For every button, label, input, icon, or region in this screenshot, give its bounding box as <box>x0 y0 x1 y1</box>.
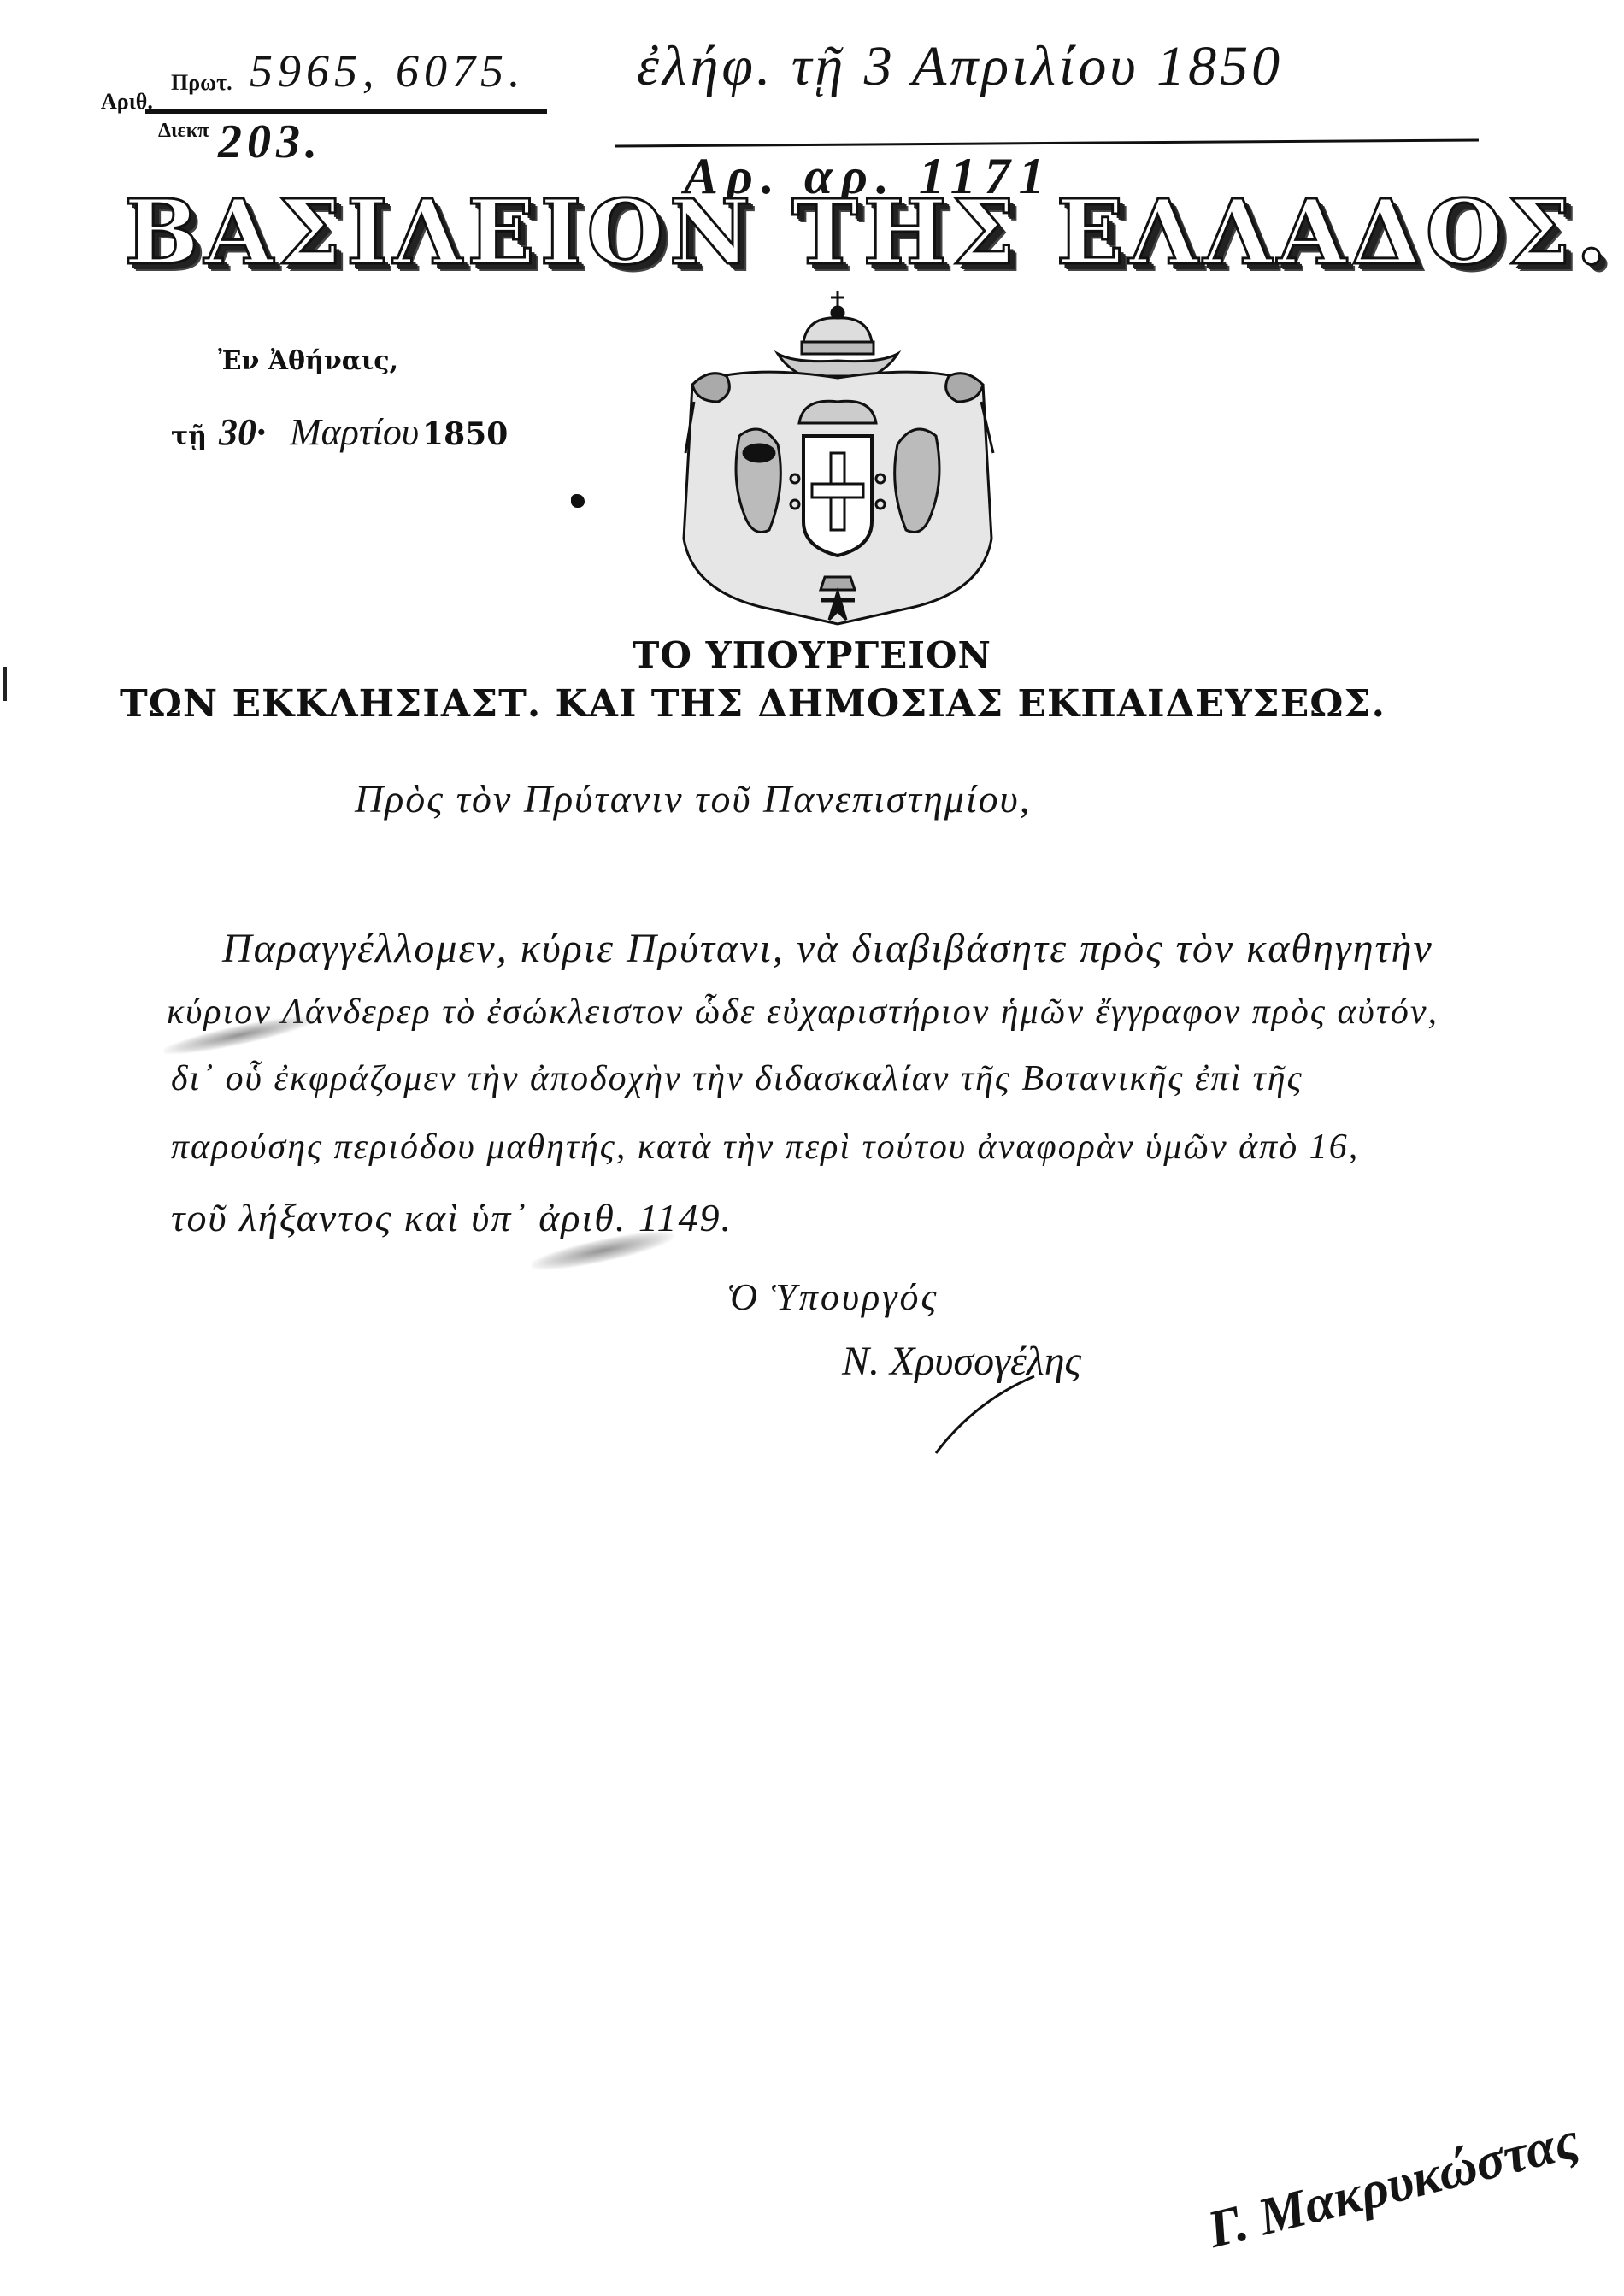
protocol-number: 5965, 6075. <box>250 44 526 97</box>
addressee-line: Πρὸς τὸν Πρύτανιν τοῦ Πανεπιστημίου, <box>355 776 1031 821</box>
dispatch-label: Διεκπ <box>158 120 209 143</box>
closing-title: Ὁ Ὑπουργός <box>727 1275 939 1319</box>
kingdom-title: ΒΑΣΙΛΕΙΟΝ ΤΗΣ ΕΛΛΑΔΟΣ. <box>124 180 1612 285</box>
date-day: 30· <box>219 411 266 453</box>
signature-flourish-icon <box>923 1368 1043 1462</box>
margin-mark <box>3 667 7 701</box>
coat-of-arms-icon <box>658 282 1017 633</box>
body-line-2: κύριον Λάνδερερ τὸ ἐσώκλειστον ὧδε εὐχαρ… <box>167 992 1439 1033</box>
protocol-label: Πρωτ. <box>171 70 232 96</box>
corner-signature: Γ. Μακρυκώστας <box>1202 2111 1585 2261</box>
date-month: Μαρτίου <box>290 411 419 453</box>
body-line-4: παρούσης περιόδου μαθητής, κατὰ τὴν περὶ… <box>171 1127 1359 1168</box>
date-line: τῇ 30· Μαρτίου 1850 <box>171 410 508 454</box>
document-page: Αριθ. Πρωτ. 5965, 6075. Διεκπ 203. ἐλήφ.… <box>0 0 1624 2296</box>
protocol-underline <box>145 109 547 114</box>
date-prefix: τῇ <box>171 421 207 451</box>
date-year: 1850 <box>422 416 508 452</box>
place-line: Ἐν Ἀθήναις, <box>218 346 398 376</box>
body-line-1: Παραγγέλλομεν, κύριε Πρύτανι, νὰ διαβιβά… <box>222 925 1433 972</box>
dispatch-number: 203. <box>218 115 322 169</box>
ministry-title-line2: ΤΩΝ ΕΚΚΛΗΣΙΑΣΤ. ΚΑΙ ΤΗΣ ΔΗΜΟΣΙΑΣ ΕΚΠΑΙΔΕ… <box>120 682 1386 726</box>
body-line-3: δι᾽ οὗ ἐκφράζομεν τὴν ἀποδοχὴν τὴν διδασ… <box>171 1058 1303 1099</box>
ink-blot <box>571 494 585 508</box>
receipt-note-date: ἐλήφ. τῇ 3 Απριλίου 1850 <box>637 34 1283 99</box>
ministry-title-line1: ΤΟ ΥΠΟΥΡΓΕΙΟΝ <box>0 634 1624 676</box>
